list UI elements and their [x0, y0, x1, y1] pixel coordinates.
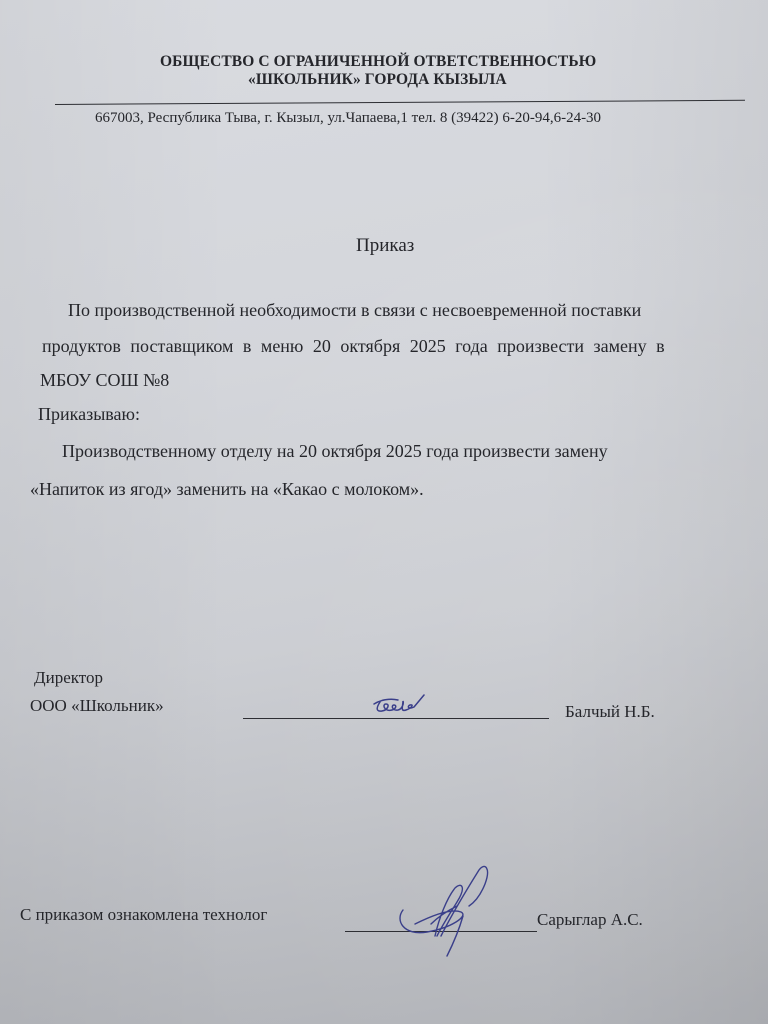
director-signature-icon	[370, 692, 430, 718]
director-name: Балчый Н.Б.	[565, 702, 655, 722]
paper-shading	[0, 0, 768, 1024]
technologist-name: Сарыглар А.С.	[537, 910, 643, 930]
paragraph-line: продуктов поставщиком в меню 20 октября …	[42, 336, 665, 357]
paragraph-line: По производственной необходимости в связ…	[68, 300, 641, 321]
document-title: Приказ	[356, 235, 414, 257]
org-address: 667003, Республика Тыва, г. Кызыл, ул.Ча…	[95, 110, 601, 127]
order-label: Приказываю:	[38, 404, 140, 425]
letterhead-divider	[55, 100, 745, 105]
director-position: Директор	[34, 668, 103, 688]
org-name-line1: ОБЩЕСТВО С ОГРАНИЧЕННОЙ ОТВЕТСТВЕННОСТЬЮ	[160, 53, 596, 71]
order-line: Производственному отделу на 20 октября 2…	[62, 441, 608, 462]
acknowledgement-label: С приказом ознакомлена технолог	[20, 905, 267, 925]
technologist-signature-icon	[395, 858, 505, 958]
order-line: «Напиток из ягод» заменить на «Какао с м…	[30, 479, 424, 500]
paragraph-line: МБОУ СОШ №8	[40, 370, 169, 391]
director-signature-line	[243, 718, 549, 719]
director-company: ООО «Школьник»	[30, 696, 164, 716]
org-name-line2: «ШКОЛЬНИК» ГОРОДА КЫЗЫЛА	[248, 71, 507, 89]
